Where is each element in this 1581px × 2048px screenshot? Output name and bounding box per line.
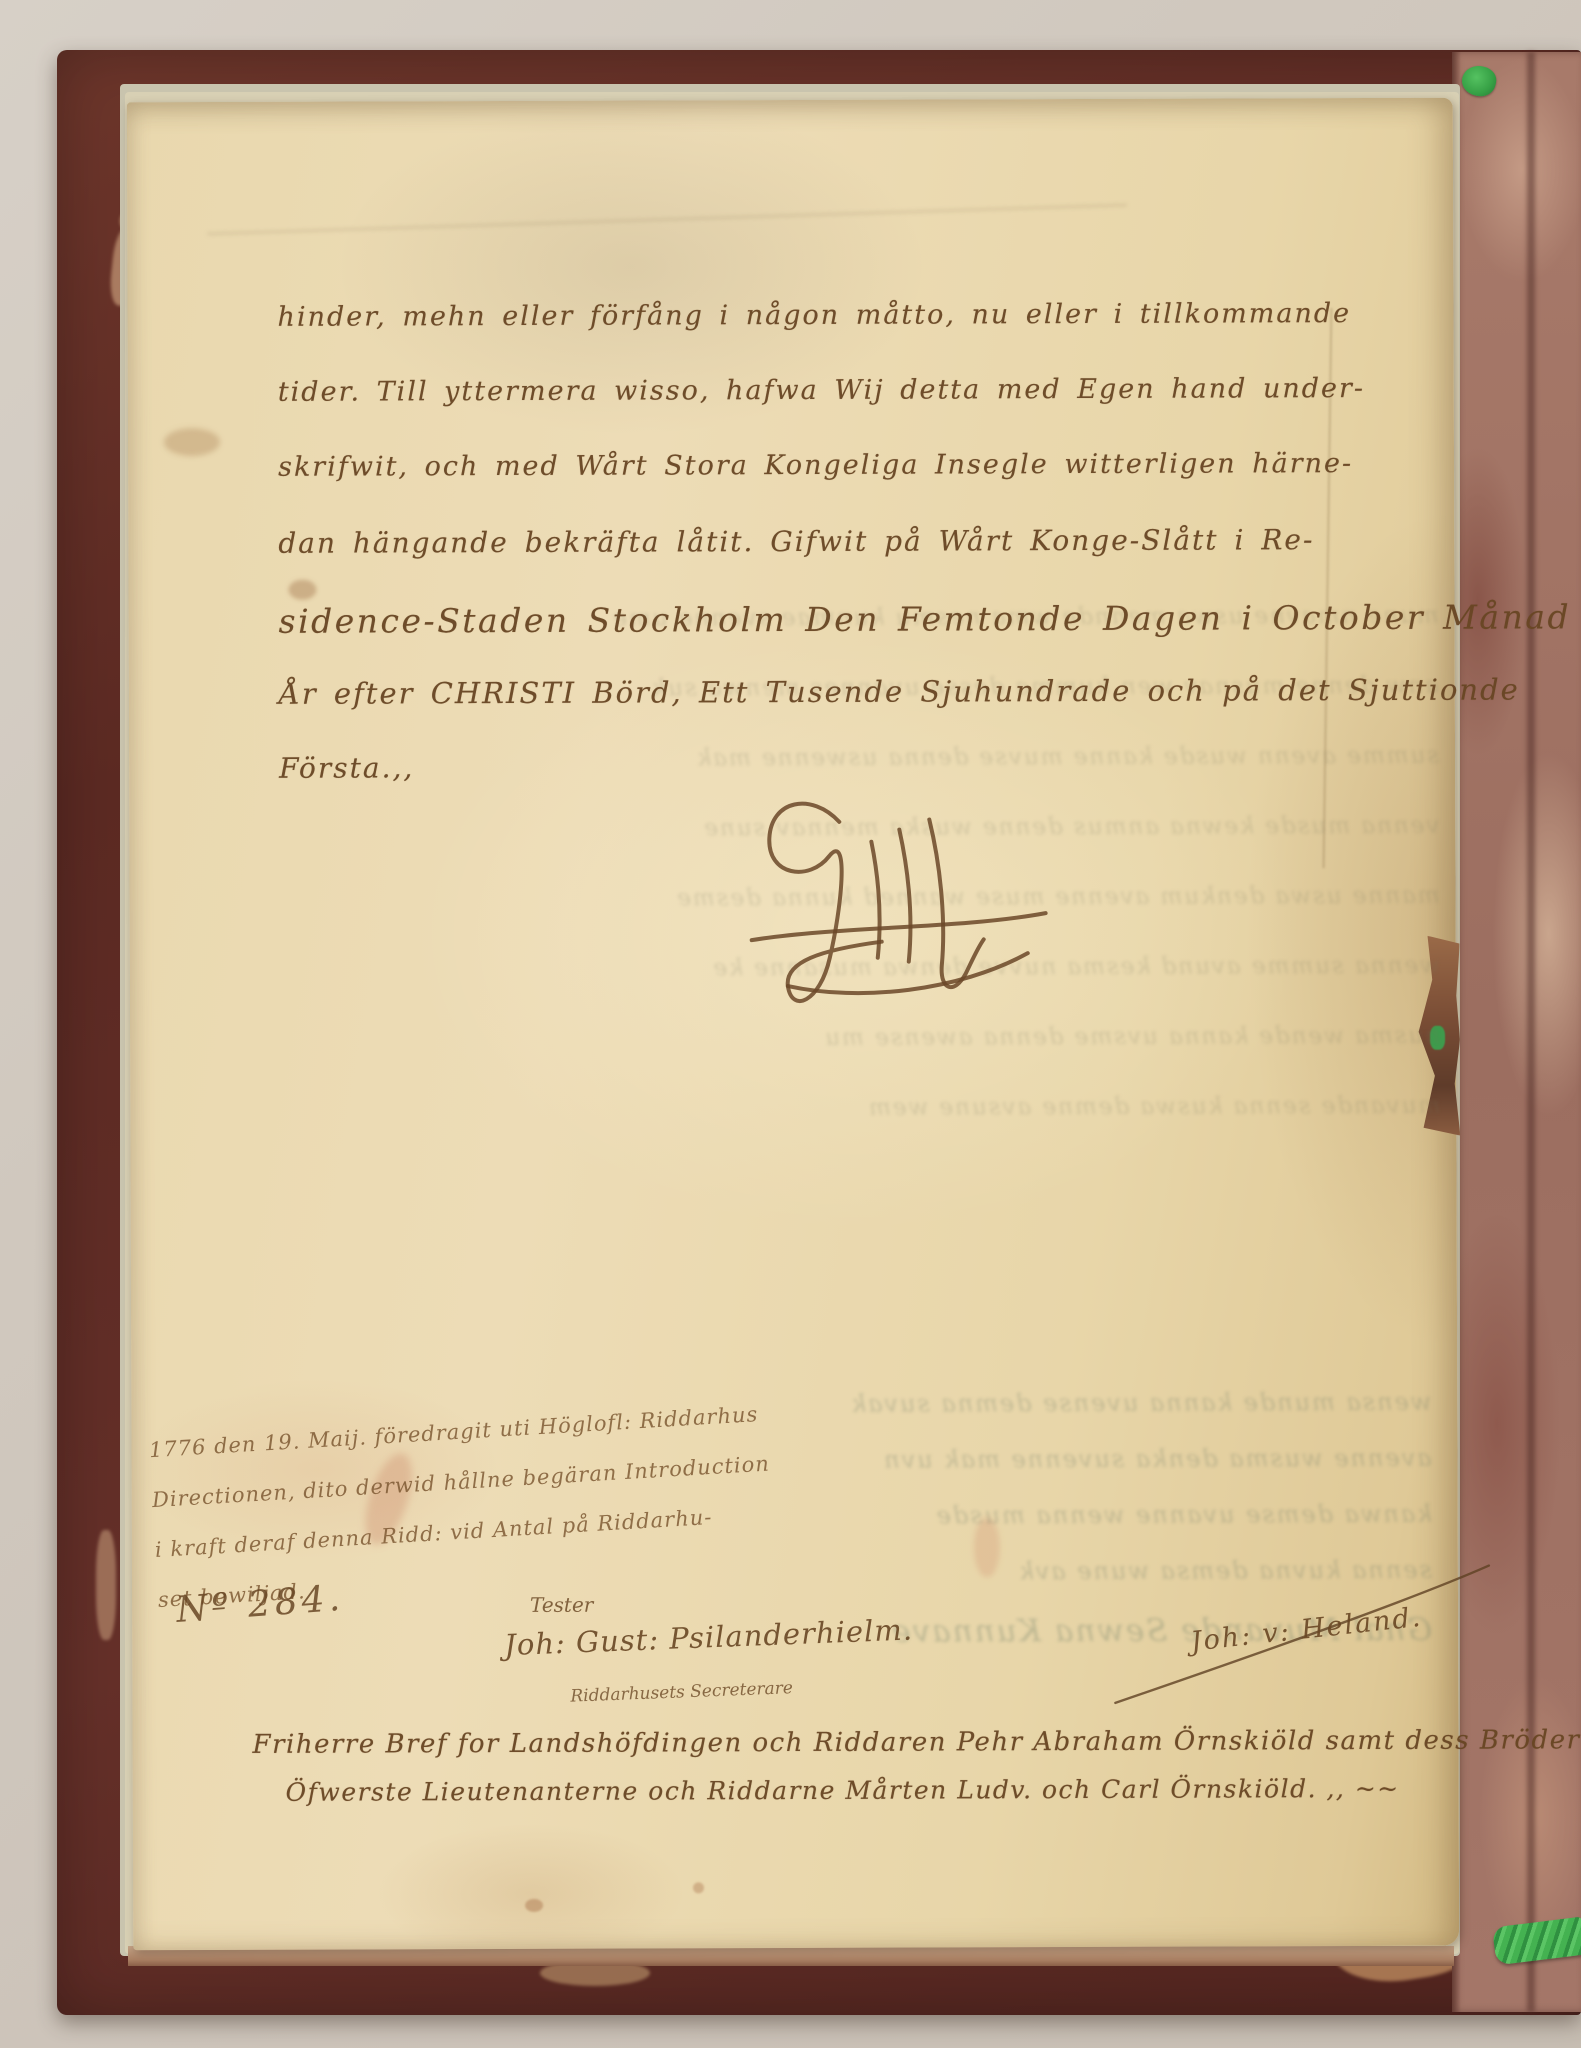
worn-leather-patch xyxy=(96,1530,116,1640)
horizontal-crease xyxy=(207,204,1127,235)
manuscript-line: skrifwit, och med Wårt Stora Kongeliga I… xyxy=(278,448,1338,527)
parchment-page: mune nmavne uswa mennde wma nesmu kunmae… xyxy=(127,98,1459,1951)
manuscript-line: tider. Till yttermera wisso, hafwa Wij d… xyxy=(278,373,1338,452)
showthrough-line: muvande senna kuswa demne avsune wem xyxy=(290,1093,1440,1167)
red-stain xyxy=(974,1517,1000,1577)
royal-signature-gustaf xyxy=(689,787,1070,1023)
docket-line: Friherre Bref for Landshöfdingen och Rid… xyxy=(252,1726,1432,1778)
scanned-manuscript-view: mune nmavne uswa mennde wma nesmu kunmae… xyxy=(0,0,1581,2048)
docket-title: Friherre Bref for Landshöfdingen och Rid… xyxy=(252,1726,1432,1826)
showthrough-line: avenne wusma denka suvenne mak uvn xyxy=(751,1444,1431,1502)
secretary-signature: Joh: Gust: Psilanderhielm. xyxy=(504,1612,914,1662)
edge-stain xyxy=(164,428,220,456)
fox-spot xyxy=(693,1882,704,1893)
manuscript-line: sidence-Staden Stockholm Den Femtonde Da… xyxy=(279,598,1339,677)
manuscript-line: År efter CHRISTI Börd, Ett Tusende Sjuhu… xyxy=(279,673,1339,752)
docket-line: Öfwerste Lieutenanterne och Riddarne Mår… xyxy=(253,1774,1433,1826)
binding-thread-glimpse xyxy=(1430,1026,1445,1050)
marbled-endpaper-strip xyxy=(1452,52,1581,2012)
secretary-title: Riddarhusets Secreterare xyxy=(570,1678,793,1707)
manuscript-line: hinder, mehn eller förfång i någon måtto… xyxy=(277,298,1337,377)
manuscript-line: dan hängande bekräfta låtit. Gifwit på W… xyxy=(278,523,1338,602)
tester-label: Tester xyxy=(530,1593,593,1617)
showthrough-line: kanwa demse uvanne wenna musde xyxy=(752,1500,1432,1558)
fox-spot xyxy=(525,1899,543,1912)
manuscript-body-text: hinder, mehn eller förfång i någon måtto… xyxy=(277,298,1339,827)
showthrough-line: nusma wende kanna uvsme denna awense mu xyxy=(290,1023,1440,1097)
showthrough-line: wensa munde kanna uvense demna suvak xyxy=(751,1388,1431,1446)
